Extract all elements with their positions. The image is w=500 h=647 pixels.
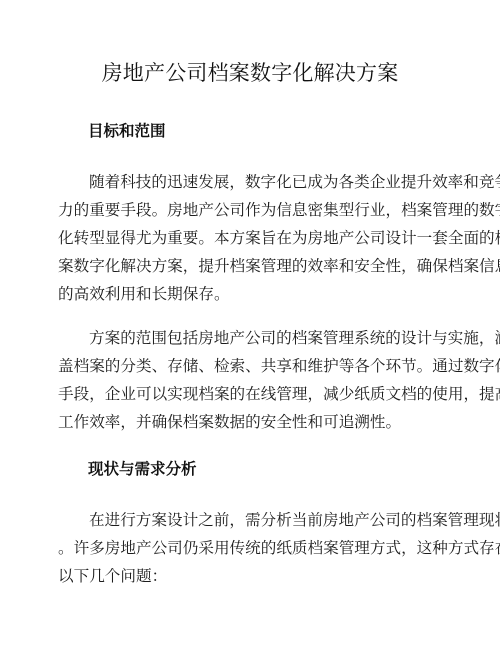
paragraph-line: 案数字化解决方案，提升档案管理的效率和安全性，确保档案信息 bbox=[58, 252, 442, 280]
paragraph-line: 方案的范围包括房地产公司的档案管理系统的设计与实施，涵 bbox=[58, 324, 442, 352]
paragraph-status-intro: 在进行方案设计之前，需分析当前房地产公司的档案管理现状 。许多房地产公司仍采用传… bbox=[58, 506, 442, 590]
paragraph-line: 的高效利用和长期保存。 bbox=[58, 280, 442, 308]
paragraph-line: 工作效率，并确保档案数据的安全性和可追溯性。 bbox=[58, 408, 442, 436]
paragraph-line: 化转型显得尤为重要。本方案旨在为房地产公司设计一套全面的档 bbox=[58, 224, 442, 252]
paragraph-line: 力的重要手段。房地产公司作为信息密集型行业，档案管理的数字 bbox=[58, 196, 442, 224]
paragraph-line: 盖档案的分类、存储、检索、共享和维护等各个环节。通过数字化 bbox=[58, 352, 442, 380]
paragraph-scope: 方案的范围包括房地产公司的档案管理系统的设计与实施，涵 盖档案的分类、存储、检索… bbox=[58, 324, 442, 436]
section-heading-goals-scope: 目标和范围 bbox=[88, 121, 166, 141]
document-page: 房地产公司档案数字化解决方案 目标和范围 随着科技的迅速发展，数字化已成为各类企… bbox=[0, 0, 500, 647]
paragraph-line: 。许多房地产公司仍采用传统的纸质档案管理方式，这种方式存在 bbox=[58, 534, 442, 562]
paragraph-goals-intro: 随着科技的迅速发展，数字化已成为各类企业提升效率和竞争 力的重要手段。房地产公司… bbox=[58, 168, 442, 308]
paragraph-line: 手段，企业可以实现档案的在线管理，减少纸质文档的使用，提高 bbox=[58, 380, 442, 408]
section-heading-status-analysis: 现状与需求分析 bbox=[88, 459, 197, 479]
paragraph-line: 在进行方案设计之前，需分析当前房地产公司的档案管理现状 bbox=[58, 506, 442, 534]
paragraph-line: 随着科技的迅速发展，数字化已成为各类企业提升效率和竞争 bbox=[58, 168, 442, 196]
document-title: 房地产公司档案数字化解决方案 bbox=[0, 59, 500, 87]
paragraph-line: 以下几个问题： bbox=[58, 562, 442, 590]
